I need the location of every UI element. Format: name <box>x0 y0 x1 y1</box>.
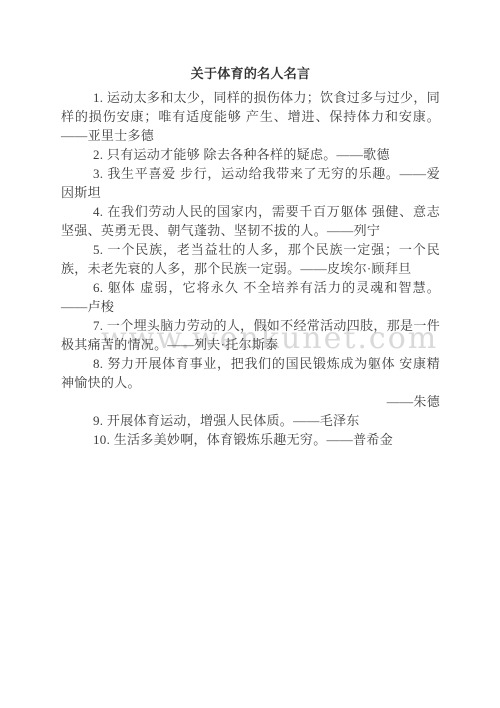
quote-8-attribution: ——朱德 <box>61 392 440 411</box>
quote-4: 4. 在我们劳动人民的国家内，需要千百万躯体 强健、意志坚强、英勇无畏、朝气蓬勃… <box>61 202 440 240</box>
page-title: 关于体育的名人名言 <box>61 64 440 83</box>
document-content: 关于体育的名人名言 1. 运动太多和太少，同样的损伤体力；饮食过多与过少，同样的… <box>61 64 440 449</box>
quote-5: 5. 一个民族，老当益壮的人多，那个民族一定强；一个民族，未老先衰的人多，那个民… <box>61 240 440 278</box>
quote-2: 2. 只有运动才能够 除去各种各样的疑虑。——歌德 <box>61 145 440 164</box>
quote-1: 1. 运动太多和太少，同样的损伤体力；饮食过多与过少，同样的损伤安康；唯有适度能… <box>61 88 440 145</box>
quote-7: 7. 一个埋头脑力劳动的人，假如不经常活动四肢，那是一件极其痛苦的情况。——列夫… <box>61 316 440 354</box>
quote-8: 8. 努力开展体育事业，把我们的国民锻炼成为躯体 安康精神愉快的人。 <box>61 354 440 392</box>
quote-6: 6. 躯体 虚弱，它将永久 不全培养有活力的灵魂和智慧。——卢梭 <box>61 278 440 316</box>
quote-3: 3. 我生平喜爱 步行，运动给我带来了无穷的乐趣。——爱因斯坦 <box>61 164 440 202</box>
quote-9: 9. 开展体育运动，增强人民体质。——毛泽东 <box>61 411 440 430</box>
quote-10: 10. 生活多美妙啊，体育锻炼乐趣无穷。——普希金 <box>61 430 440 449</box>
document-page: www.wenkunet.com 关于体育的名人名言 1. 运动太多和太少，同样… <box>0 0 500 708</box>
